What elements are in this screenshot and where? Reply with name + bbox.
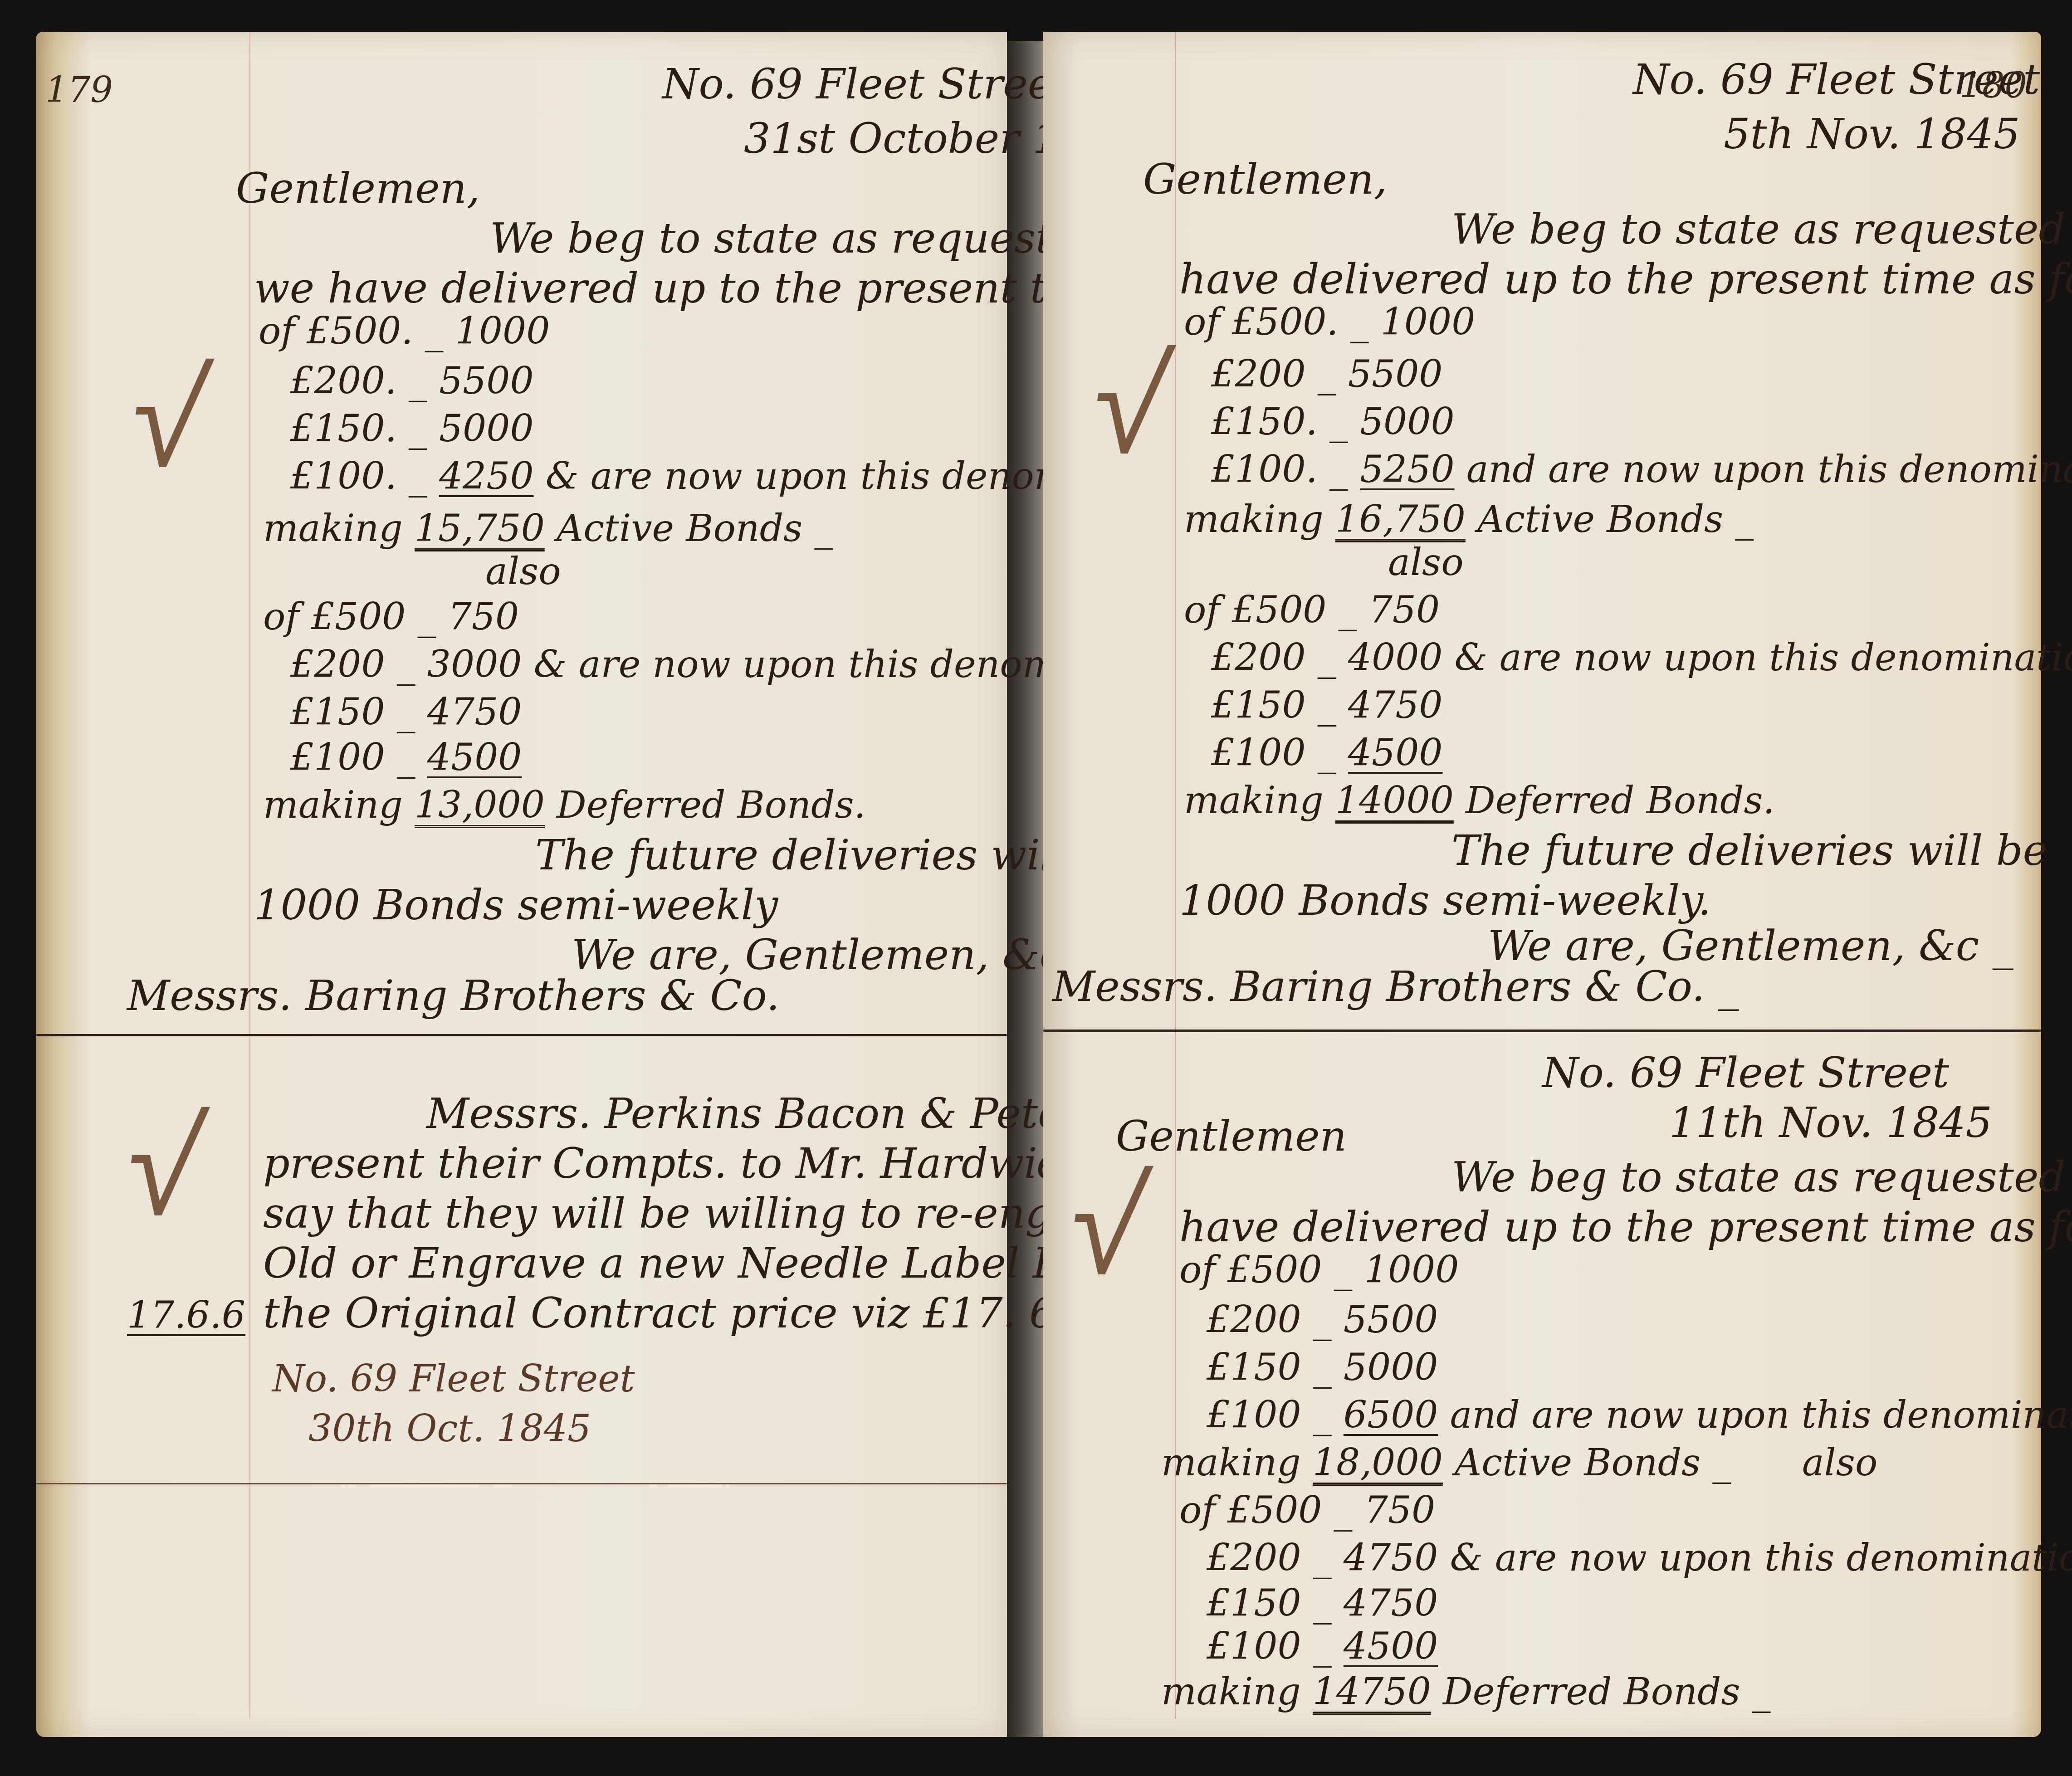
total-label: making xyxy=(263,784,403,827)
bond-quantity: 4500 xyxy=(1344,1625,1438,1668)
bond-denomination: £100 _ xyxy=(290,736,415,779)
active-total: 15,750 xyxy=(415,507,545,550)
salutation: Gentlemen, xyxy=(236,168,480,210)
bond-quantity: 4250 xyxy=(439,455,534,498)
deferred-total: 14000 xyxy=(1335,779,1454,822)
bond-quantity: 750 xyxy=(448,595,519,639)
letter-address: No. 69 Fleet Street xyxy=(1542,1052,1949,1094)
bond-quantity: 5500 xyxy=(439,360,534,403)
bond-denomination: £150. _ xyxy=(1211,400,1348,444)
bond-denomination: of £500 _ xyxy=(1179,1489,1353,1532)
body-line: have delivered up to the present time as… xyxy=(1179,1206,2072,1248)
letter-address: No. 69 Fleet Street xyxy=(662,63,1069,105)
bond-quantity: 1000 xyxy=(1381,301,1476,344)
bond-quantity: 750 xyxy=(1369,589,1440,632)
total-suffix: Deferred Bonds. xyxy=(557,784,866,827)
letter-address: No. 69 Fleet Street xyxy=(1633,59,2040,101)
also-label: also xyxy=(1388,544,1464,581)
bond-denomination: £200 _ xyxy=(1211,636,1336,679)
total-suffix: Deferred Bonds. xyxy=(1466,779,1775,822)
total-suffix: Active Bonds _ xyxy=(1477,498,1754,541)
bond-denomination: £100 _ xyxy=(1207,1394,1332,1437)
checkmark-icon: √ xyxy=(120,340,217,498)
active-total: 18,000 xyxy=(1313,1441,1443,1484)
salutation: Gentlemen, xyxy=(1143,159,1387,200)
total-suffix: Active Bonds _ xyxy=(557,507,833,550)
total-suffix: Active Bonds _ xyxy=(1455,1441,1731,1484)
total-suffix: Deferred Bonds _ xyxy=(1443,1670,1771,1713)
also-label: also xyxy=(485,553,561,590)
bond-denomination: £200 _ xyxy=(290,643,415,686)
entry-divider xyxy=(36,1034,1007,1036)
bond-quantity: 4750 xyxy=(1344,1537,1438,1580)
bond-quantity: 5000 xyxy=(1344,1346,1438,1389)
total-label: making xyxy=(1184,779,1324,822)
bond-denomination: £100 _ xyxy=(1211,732,1336,775)
body-line: 1000 Bonds semi-weekly xyxy=(254,884,778,926)
body-line: The future deliveries will be xyxy=(535,834,1131,876)
bond-quantity: 1000 xyxy=(455,310,550,353)
bond-note: and are now upon this denomination xyxy=(1466,448,2072,491)
addressee: Messrs. Baring Brothers & Co. xyxy=(127,975,780,1017)
bond-quantity: 750 xyxy=(1364,1489,1436,1532)
body-line: 1000 Bonds semi-weekly. xyxy=(1179,880,1711,922)
bond-denomination: £100 _ xyxy=(1207,1625,1332,1668)
total-label: making xyxy=(1184,498,1324,541)
letter-heading: Messrs. Perkins Bacon & Petch _ xyxy=(426,1093,1122,1135)
closing: We are, Gentlemen, &c _ xyxy=(572,934,1097,976)
bond-quantity: 1000 xyxy=(1364,1249,1459,1292)
body-line: have delivered up to the present time as… xyxy=(1179,259,2072,300)
bond-quantity: 5000 xyxy=(1360,400,1455,444)
bond-denomination: £150 _ xyxy=(290,691,415,734)
bond-denomination: £200 _ xyxy=(1207,1537,1332,1580)
page-number: 179 xyxy=(45,73,113,108)
entry-divider xyxy=(36,1483,1007,1484)
bond-denomination: £100. _ xyxy=(1211,448,1348,491)
bond-quantity: 5500 xyxy=(1344,1298,1438,1342)
bond-quantity: 4500 xyxy=(1348,732,1443,775)
addressee: Messrs. Baring Brothers & Co. _ xyxy=(1052,966,1739,1008)
bond-denomination: of £500. _ xyxy=(1184,301,1369,344)
checkmark-icon: √ xyxy=(1059,1147,1156,1306)
right-page: 180 No. 69 Fleet Street 5th Nov. 1845 Ge… xyxy=(1043,32,2041,1737)
left-page: 179 No. 69 Fleet Street 31st October 184… xyxy=(36,32,1007,1737)
bond-quantity: 5250 xyxy=(1360,448,1455,491)
bond-denomination: £150 _ xyxy=(1207,1346,1332,1389)
bond-denomination: £150 _ xyxy=(1207,1582,1332,1625)
bond-denomination: £200. _ xyxy=(290,360,427,403)
body-line: the Original Contract price viz £17. 6. … xyxy=(263,1293,1109,1334)
bond-note: & are now upon this denomination xyxy=(1450,1537,2072,1580)
total-label: making xyxy=(1161,1670,1301,1713)
bond-quantity: 4000 xyxy=(1348,636,1443,679)
bond-quantity: 5000 xyxy=(439,407,534,450)
deferred-total: 14750 xyxy=(1313,1670,1431,1713)
total-label: making xyxy=(263,507,403,550)
bond-denomination: of £500. _ xyxy=(259,310,444,353)
bond-denomination: £200 _ xyxy=(1211,353,1336,396)
bond-denomination: £150 _ xyxy=(1211,684,1336,727)
entry-divider xyxy=(1043,1029,2041,1032)
also-label: also xyxy=(1802,1441,1878,1484)
bond-denomination: of £500 _ xyxy=(1184,589,1357,632)
checkmark-icon: √ xyxy=(116,1088,213,1247)
body-line: We beg to state as requested _ That we xyxy=(1451,1156,2072,1198)
bond-denomination: £100. _ xyxy=(290,455,427,498)
letter-date: 11th Nov. 1845 xyxy=(1669,1102,1992,1144)
bond-quantity: 4500 xyxy=(427,736,522,779)
letter-date: 5th Nov. 1845 xyxy=(1724,113,2020,155)
bond-quantity: 3000 xyxy=(427,643,522,686)
bond-quantity: 5500 xyxy=(1348,353,1443,396)
bond-quantity: 4750 xyxy=(1348,684,1443,727)
margin-rule xyxy=(249,32,250,1719)
bond-denomination: £150. _ xyxy=(290,407,427,450)
body-line: The future deliveries will be xyxy=(1451,830,2048,872)
deferred-total: 13,000 xyxy=(415,784,545,827)
closing: We are, Gentlemen, &c _ xyxy=(1488,925,2013,967)
bond-note: & are now upon this denomination _ xyxy=(1455,636,2072,679)
checkmark-icon: √ xyxy=(1082,327,1179,485)
bond-quantity: 4750 xyxy=(427,691,522,734)
total-label: making xyxy=(1161,1441,1301,1484)
bond-denomination: of £500 _ xyxy=(1179,1249,1353,1292)
letter-date: 30th Oct. 1845 xyxy=(308,1410,591,1448)
bond-denomination: £200 _ xyxy=(1207,1298,1332,1342)
body-line: We beg to state as requested _ That we xyxy=(1451,209,2072,250)
letter-address: No. 69 Fleet Street xyxy=(272,1361,635,1398)
bond-note: and are now upon this denomination xyxy=(1450,1394,2072,1437)
margin-amount: 17.6.6 xyxy=(127,1297,245,1334)
active-total: 16,750 xyxy=(1335,498,1466,541)
bond-quantity: 6500 xyxy=(1344,1394,1438,1437)
bond-denomination: of £500 _ xyxy=(263,595,436,639)
bond-quantity: 4750 xyxy=(1344,1582,1438,1625)
